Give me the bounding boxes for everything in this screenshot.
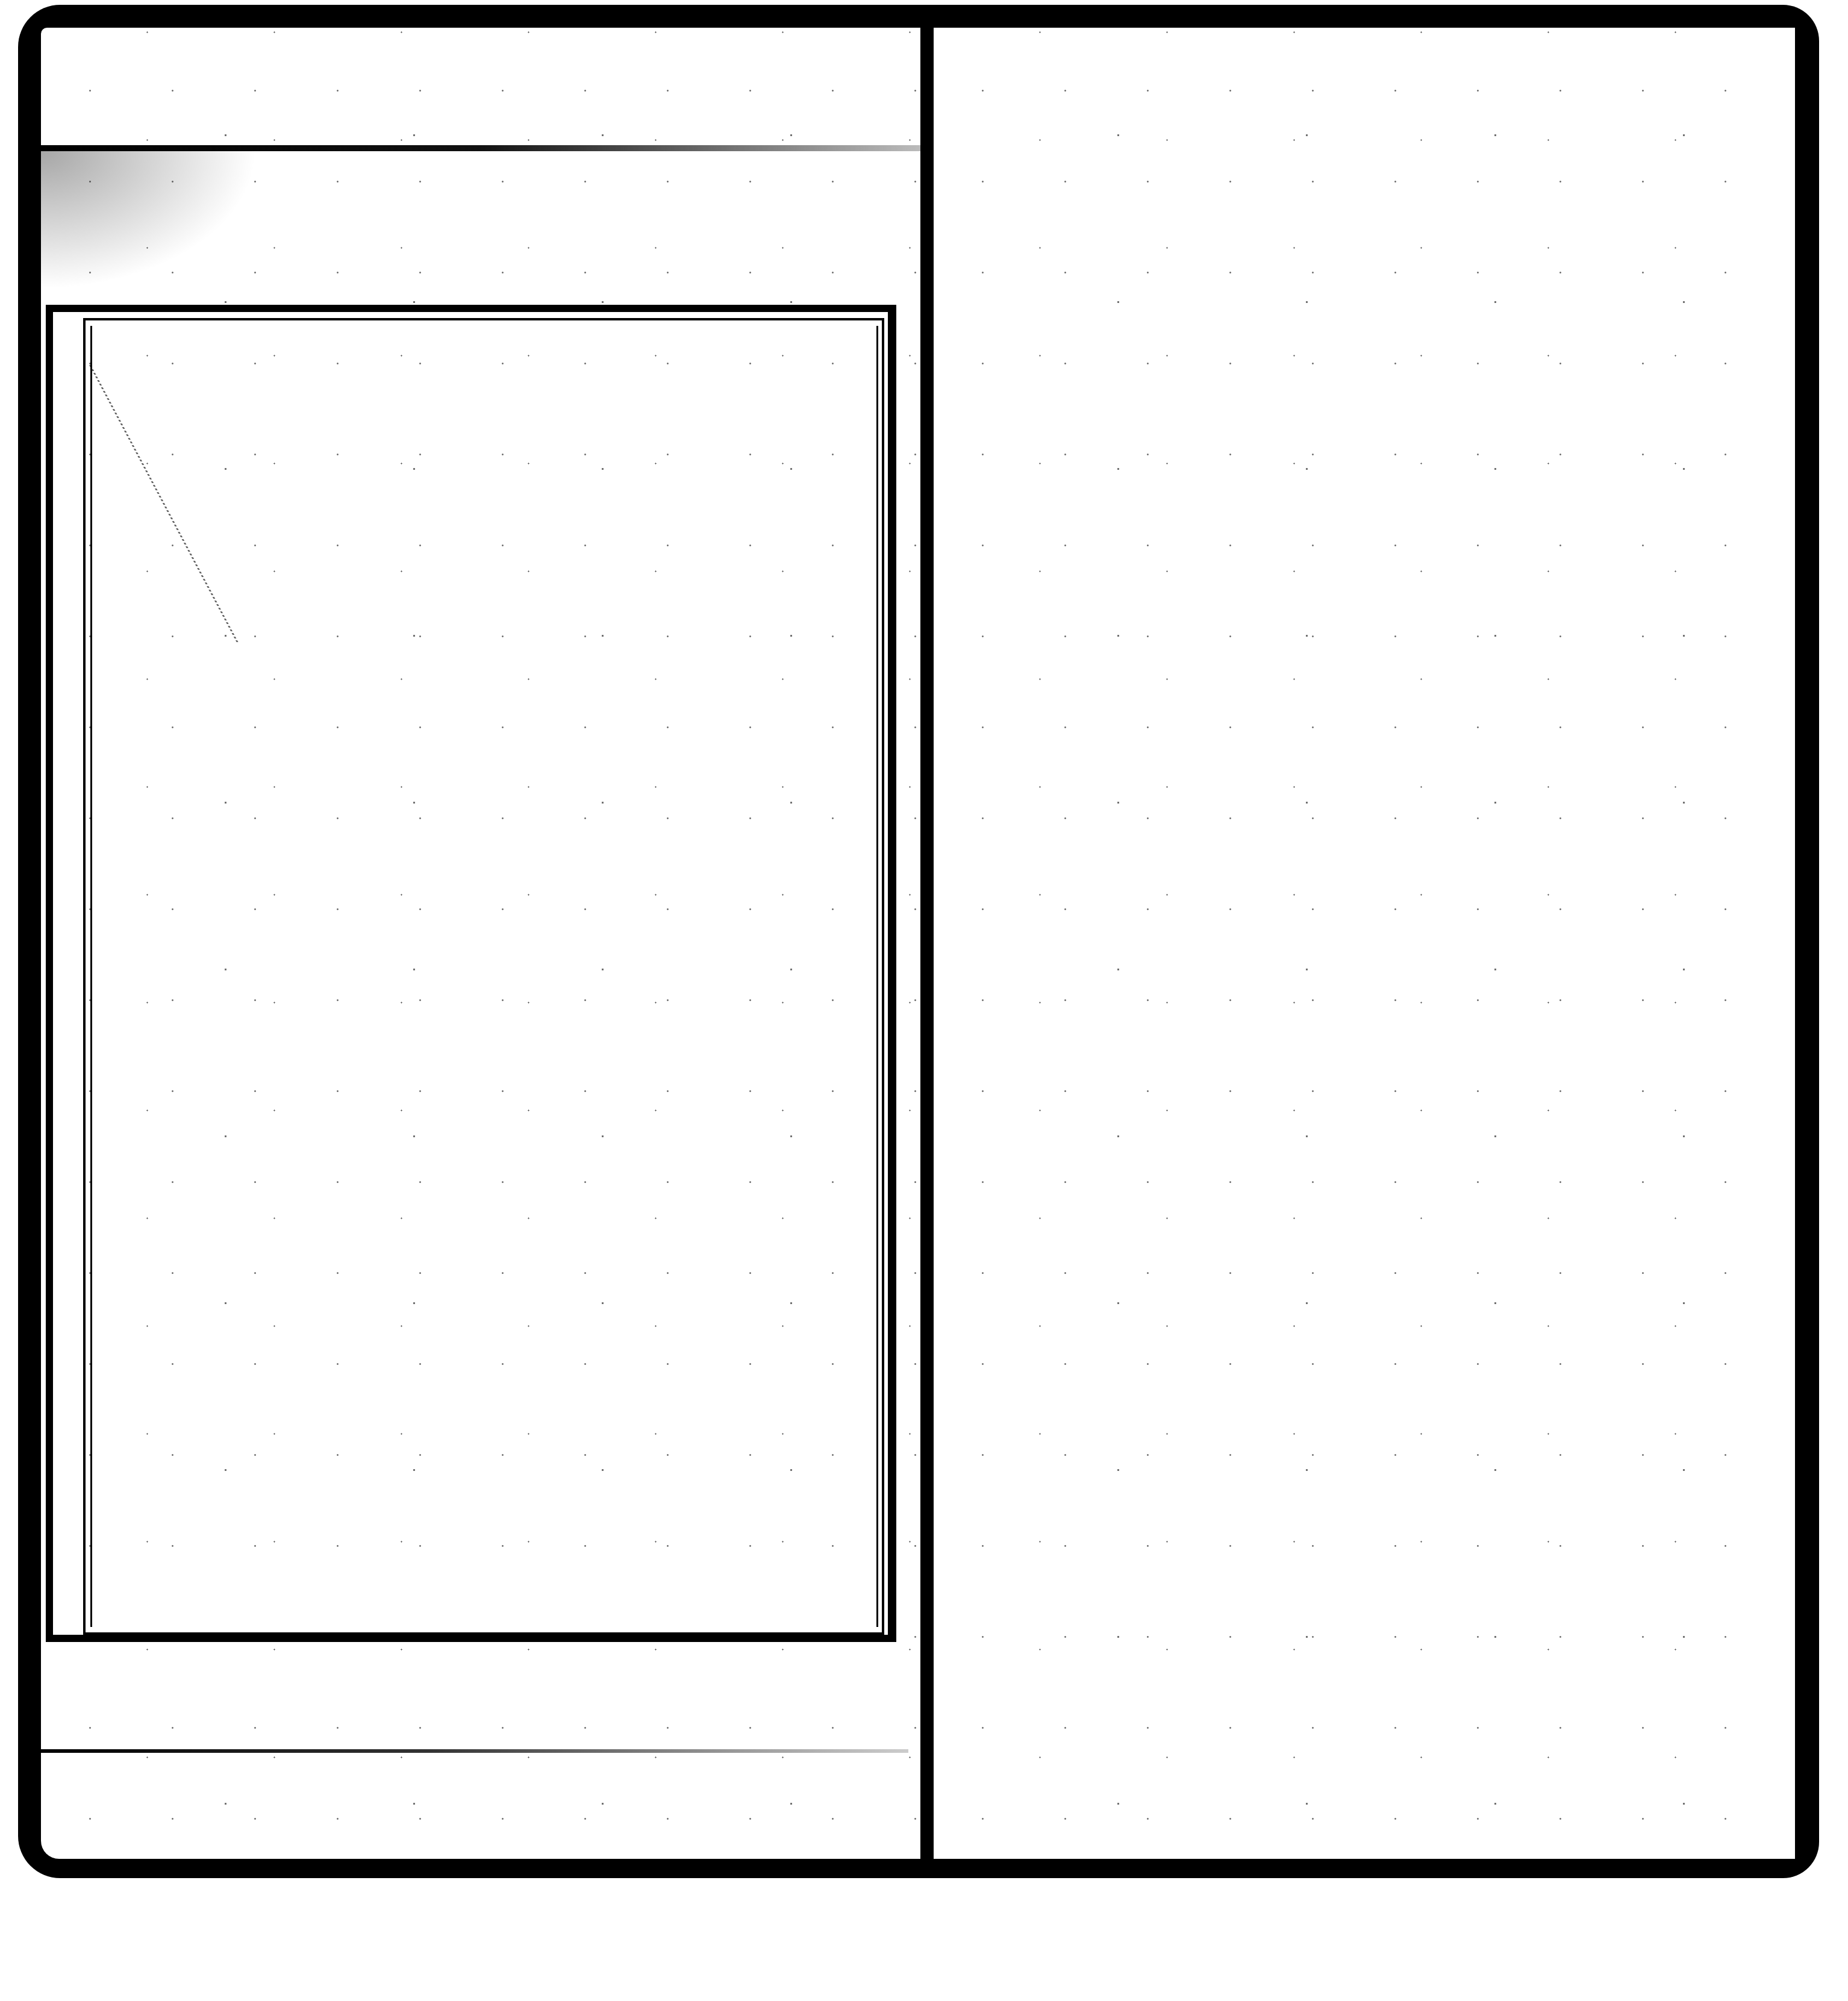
top-band-smudge [41,151,258,290]
scan-noise [934,28,1795,1859]
book-spine [920,28,934,1859]
book-spread [18,5,1819,1878]
left-page [41,28,920,1859]
right-page [934,28,1795,1859]
top-band-rule [41,145,920,151]
bottom-band-rule [41,1749,908,1753]
